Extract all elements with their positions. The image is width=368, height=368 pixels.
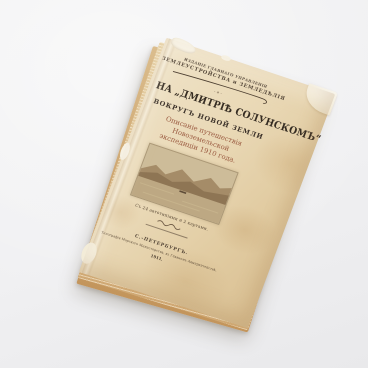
- cover-printing: ИЗДАНІЕ ГЛАВНАГО УПРАВЛЕНІЯ ЗЕМЛЕУСТРОЙС…: [93, 49, 289, 281]
- front-cover: ИЗДАНІЕ ГЛАВНАГО УПРАВЛЕНІЯ ЗЕМЛЕУСТРОЙС…: [79, 38, 335, 329]
- worn-corner-top-right: [301, 83, 338, 115]
- studio-background: ИЗДАНІЕ ГЛАВНАГО УПРАВЛЕНІЯ ЗЕМЛЕУСТРОЙС…: [0, 0, 368, 368]
- paper-chip-top: [220, 54, 231, 62]
- imprint-printer: Типографія Морского Министерства, въ Гла…: [96, 229, 223, 275]
- worn-corner-bottom-left: [79, 241, 100, 266]
- book: ИЗДАНІЕ ГЛАВНАГО УПРАВЛЕНІЯ ЗЕМЛЕУСТРОЙС…: [79, 38, 335, 329]
